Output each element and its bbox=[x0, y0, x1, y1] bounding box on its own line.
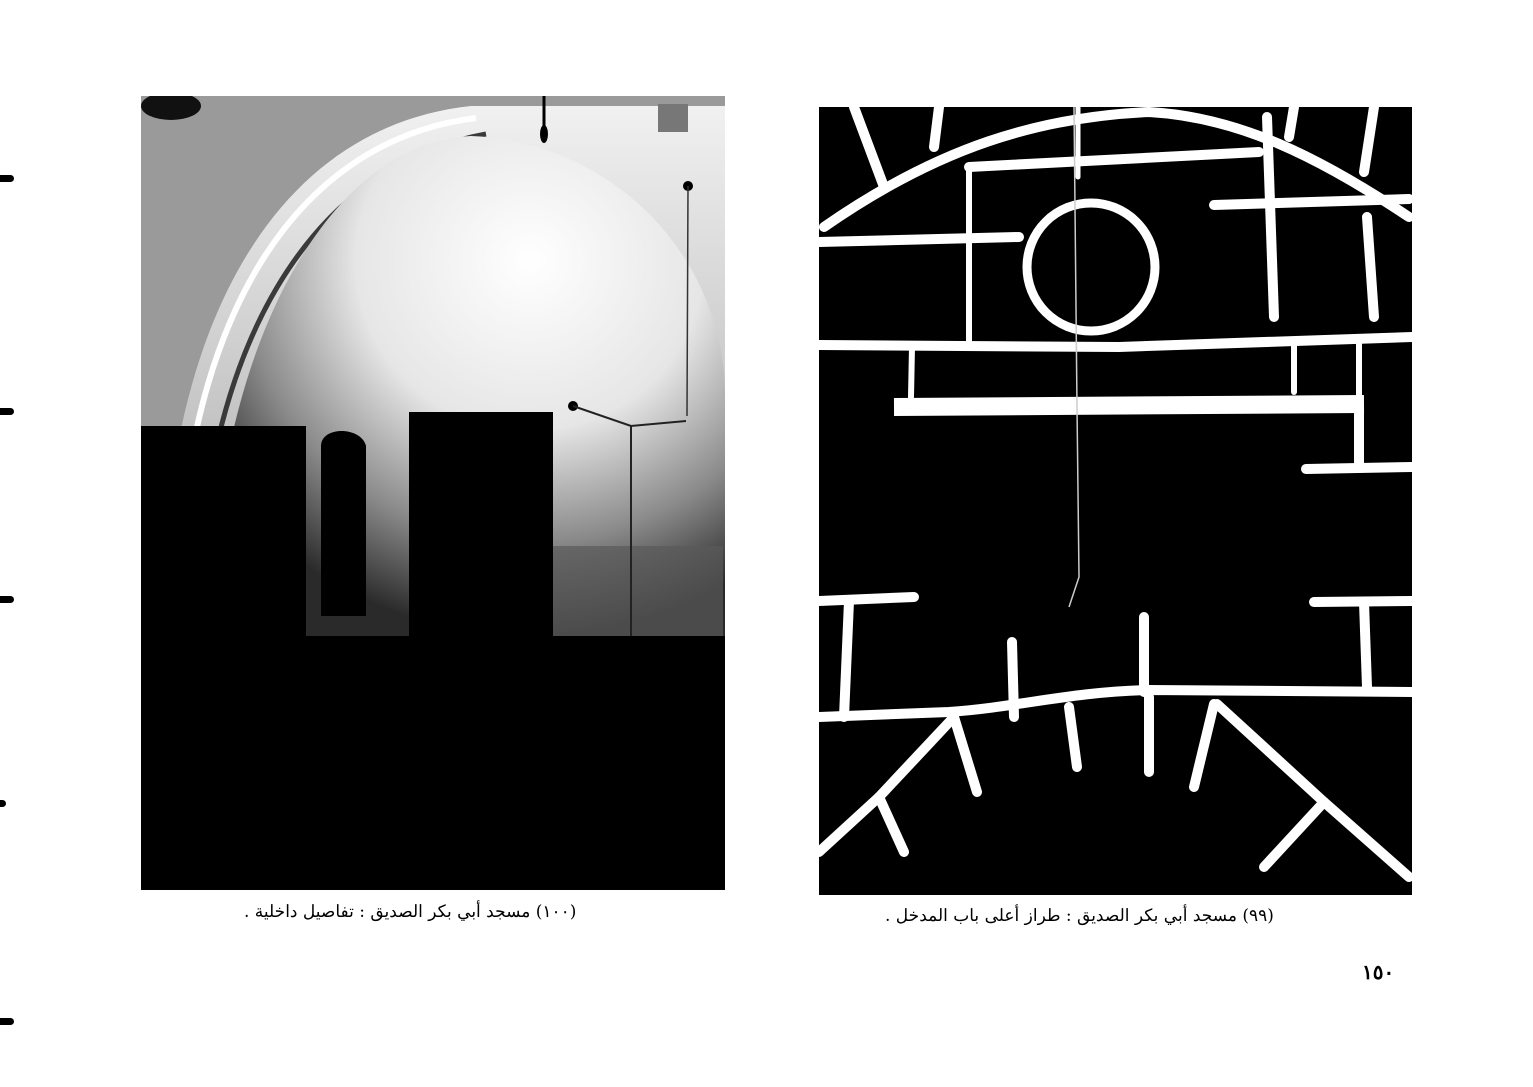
figure-100-caption: (١٠٠) مسجد أبي بكر الصديق : تفاصيل داخلي… bbox=[244, 902, 576, 922]
interior-arch-image bbox=[141, 96, 725, 890]
binding-mark bbox=[0, 800, 6, 807]
figure-100-photo bbox=[141, 96, 725, 890]
page-number: ١٥٠ bbox=[1362, 960, 1394, 984]
binding-mark bbox=[0, 175, 14, 182]
binding-mark bbox=[0, 596, 14, 603]
figure-99-photo bbox=[819, 107, 1412, 895]
entrance-door-pattern-image bbox=[819, 107, 1412, 895]
binding-mark bbox=[0, 1018, 14, 1025]
binding-mark bbox=[0, 408, 14, 415]
figure-99-caption: (٩٩) مسجد أبي بكر الصديق : طراز أعلى باب… bbox=[885, 906, 1274, 926]
